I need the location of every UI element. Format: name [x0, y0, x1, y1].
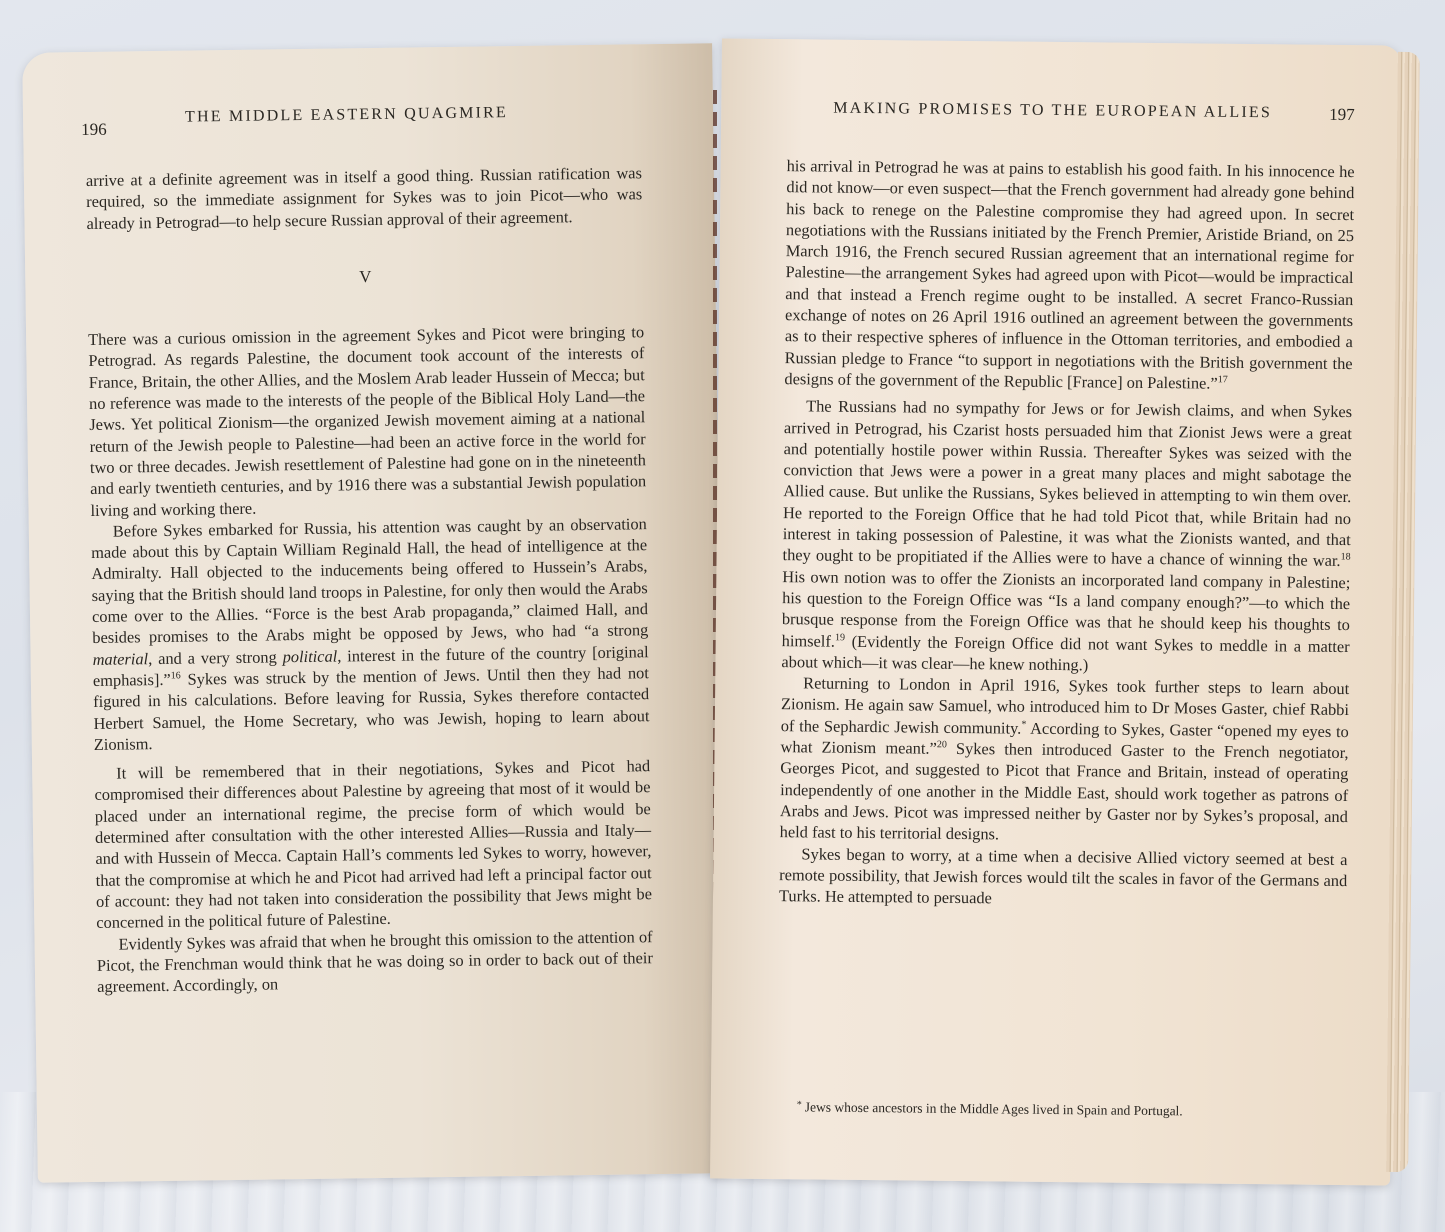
paragraph: Sykes began to worry, at a time when a d… [779, 843, 1348, 913]
page-number-right: 197 [1329, 105, 1355, 125]
continuation-paragraph: arrive at a definite agreement was in it… [86, 162, 643, 234]
paragraph: There was a curious omission in the agre… [88, 321, 647, 520]
footnote-ref: 17 [1218, 374, 1228, 385]
running-head-right: MAKING PROMISES TO THE EUROPEAN ALLIES [833, 100, 1272, 123]
section-heading: V [87, 262, 643, 291]
page-number-left: 196 [81, 120, 107, 140]
footnote-ref: 18 [1341, 552, 1351, 563]
paragraph: It will be remembered that in their nego… [94, 755, 652, 933]
footnote-ref: 19 [835, 632, 845, 643]
footnote-mark: * [797, 1099, 802, 1110]
footnote-ref: 20 [937, 739, 947, 750]
footnote: *Jews whose ancestors in the Middle Ages… [797, 1099, 1183, 1119]
right-text-block: his arrival in Petrograd he was at pains… [779, 155, 1355, 912]
left-text-block: arrive at a definite agreement was in it… [86, 162, 653, 997]
running-head-left: THE MIDDLE EASTERN QUAGMIRE [185, 104, 508, 127]
paragraph: his arrival in Petrograd he was at pains… [784, 155, 1354, 395]
right-page: MAKING PROMISES TO THE EUROPEAN ALLIES 1… [710, 38, 1402, 1185]
left-page: 196 THE MIDDLE EASTERN QUAGMIRE arrive a… [22, 43, 728, 1183]
paragraph: Before Sykes embarked for Russia, his at… [91, 513, 650, 755]
footnote-text: Jews whose ancestors in the Middle Ages … [805, 1099, 1183, 1118]
footnote-ref: 16 [171, 670, 181, 681]
paragraph: Evidently Sykes was afraid that when he … [96, 926, 653, 998]
paragraph: The Russians had no sympathy for Jews or… [781, 395, 1352, 678]
paragraph: Returning to London in April 1916, Sykes… [780, 672, 1350, 848]
